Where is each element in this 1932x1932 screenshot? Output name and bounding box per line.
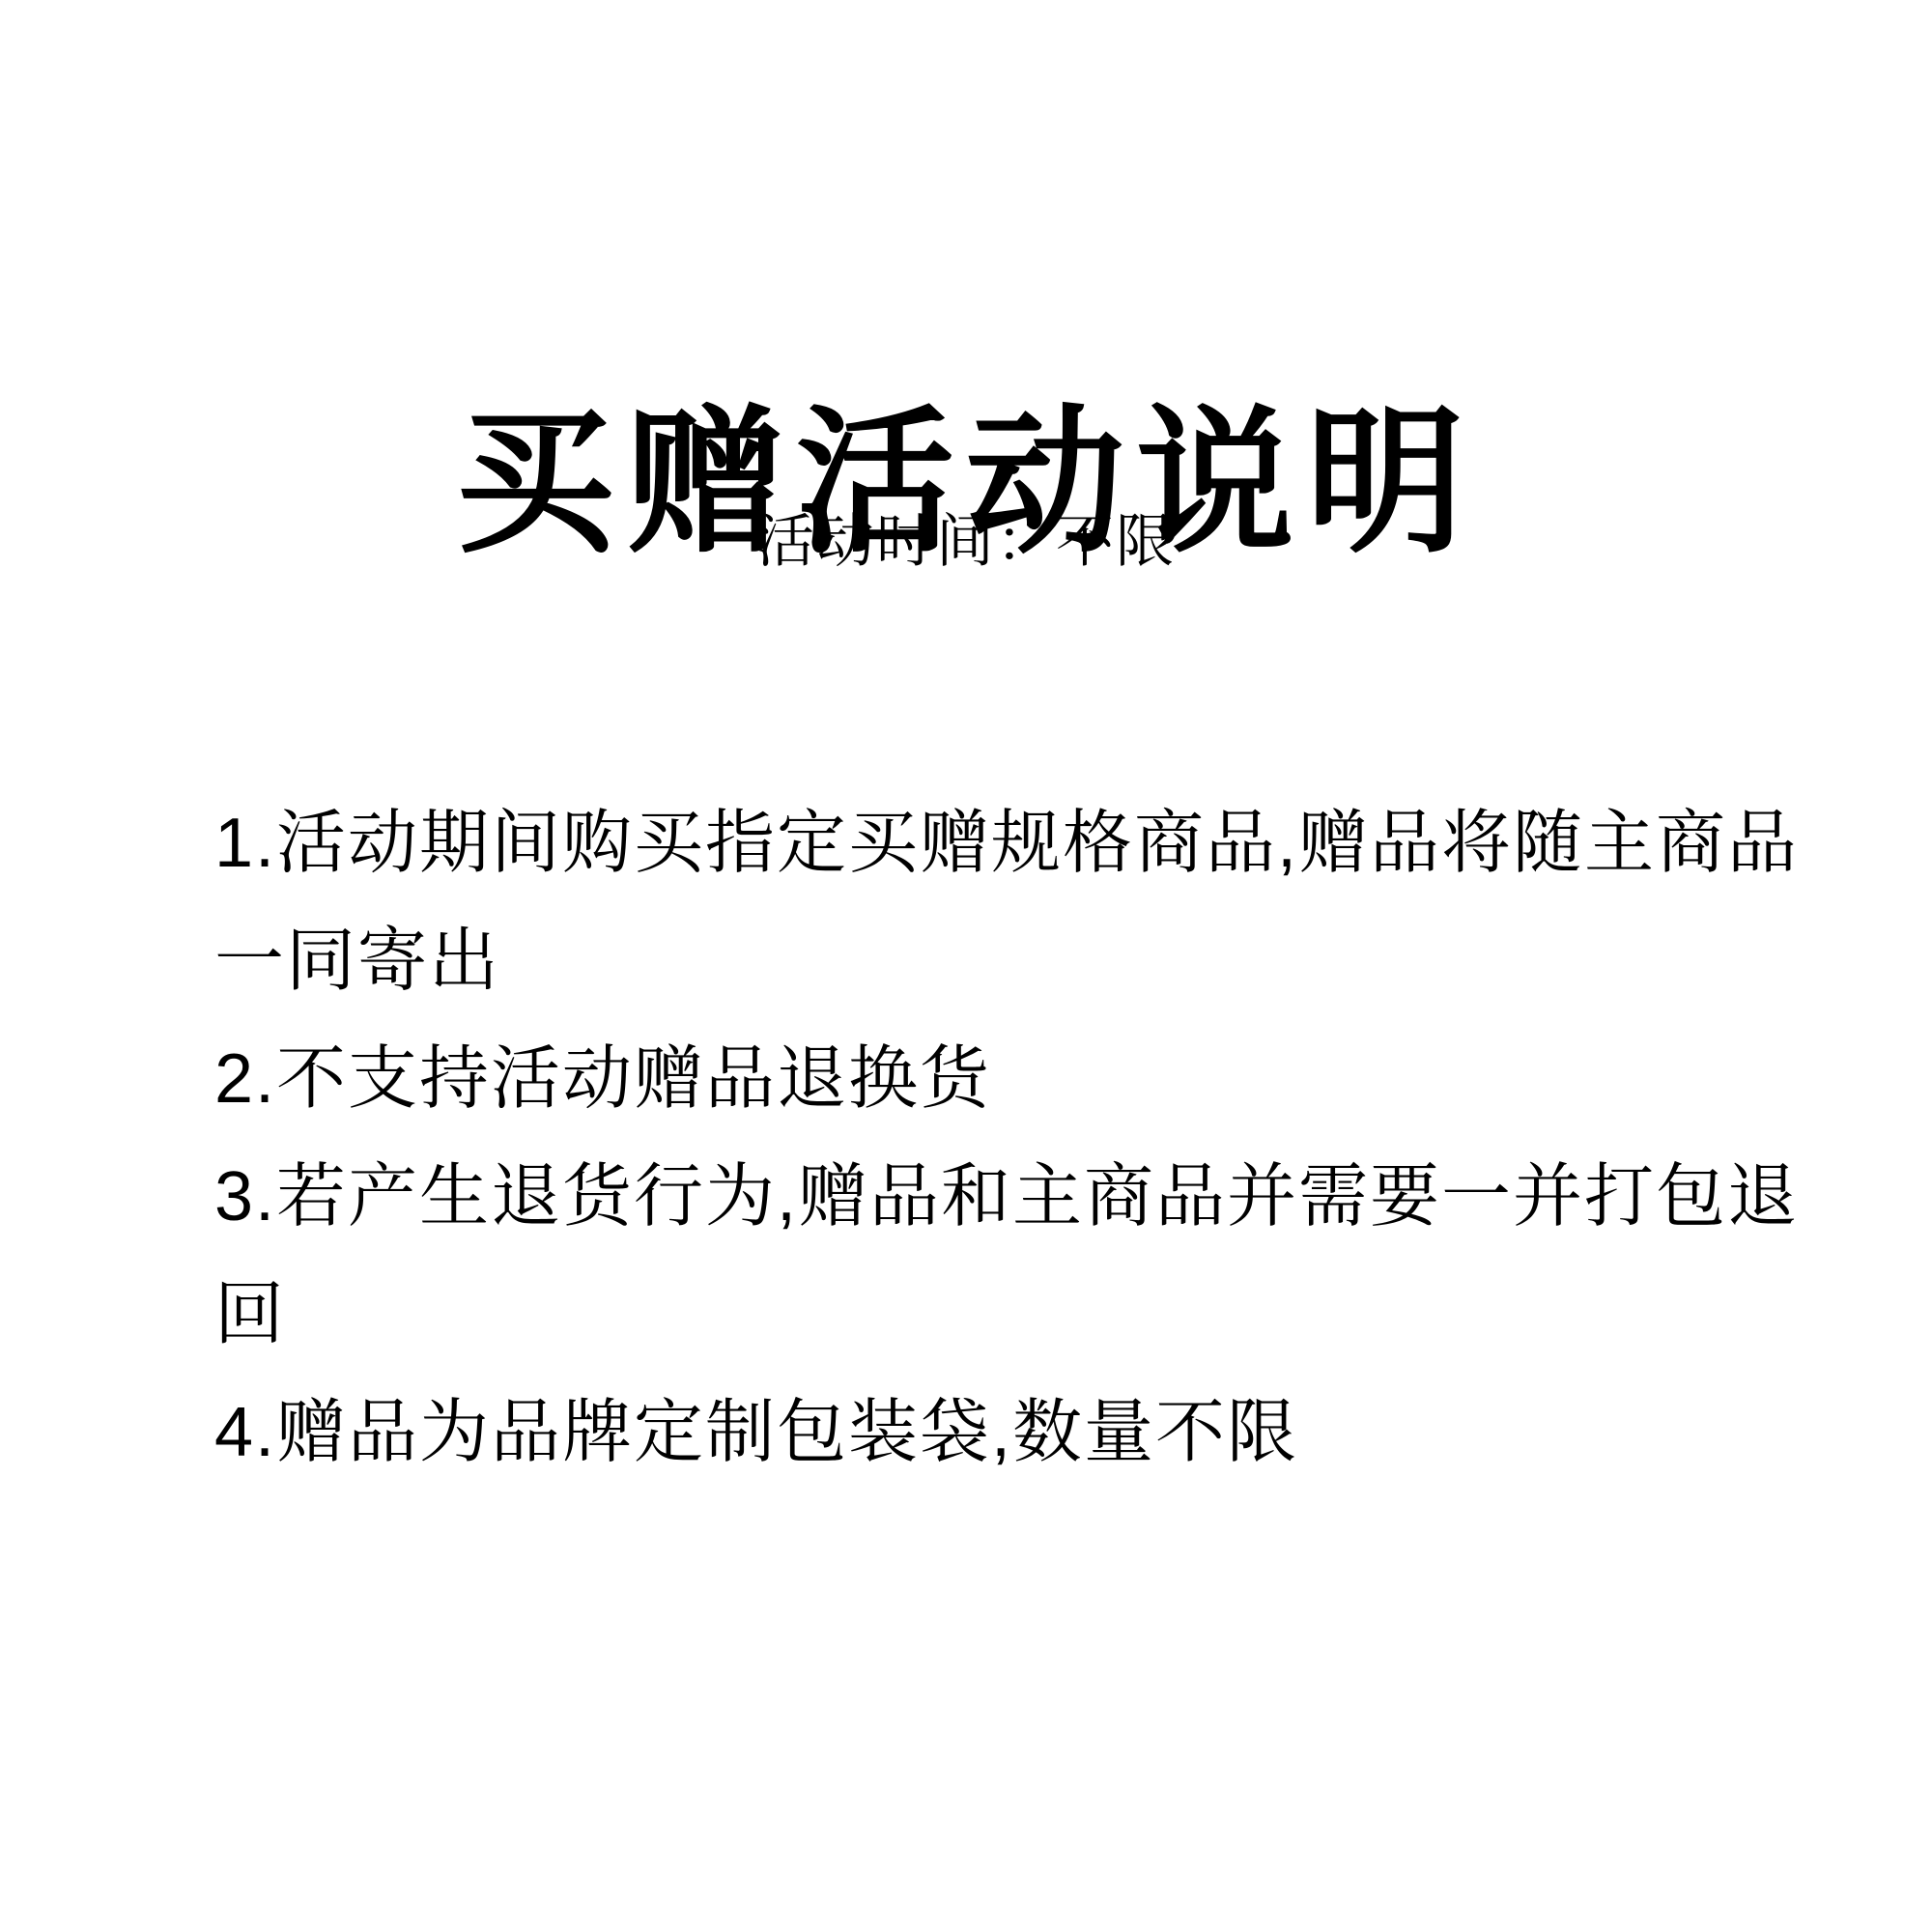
- terms-line-3-continued: 回: [214, 1256, 1799, 1374]
- terms-line-2: 2.不支持活动赠品退换货: [214, 1020, 1799, 1138]
- promo-notice-page: 买赠活动说明 活动时间：不限 1.活动期间购买指定买赠规格商品,赠品将随主商品 …: [0, 0, 1932, 1932]
- activity-time-subtitle: 活动时间：不限: [0, 510, 1932, 574]
- terms-line-3: 3.若产生退货行为,赠品和主商品并需要一并打包退: [214, 1138, 1799, 1256]
- terms-list: 1.活动期间购买指定买赠规格商品,赠品将随主商品 一同寄出 2.不支持活动赠品退…: [214, 784, 1799, 1492]
- terms-line-1: 1.活动期间购买指定买赠规格商品,赠品将随主商品: [214, 784, 1799, 902]
- terms-line-1-continued: 一同寄出: [214, 902, 1799, 1020]
- terms-line-4: 4.赠品为品牌定制包装袋,数量不限: [214, 1374, 1799, 1492]
